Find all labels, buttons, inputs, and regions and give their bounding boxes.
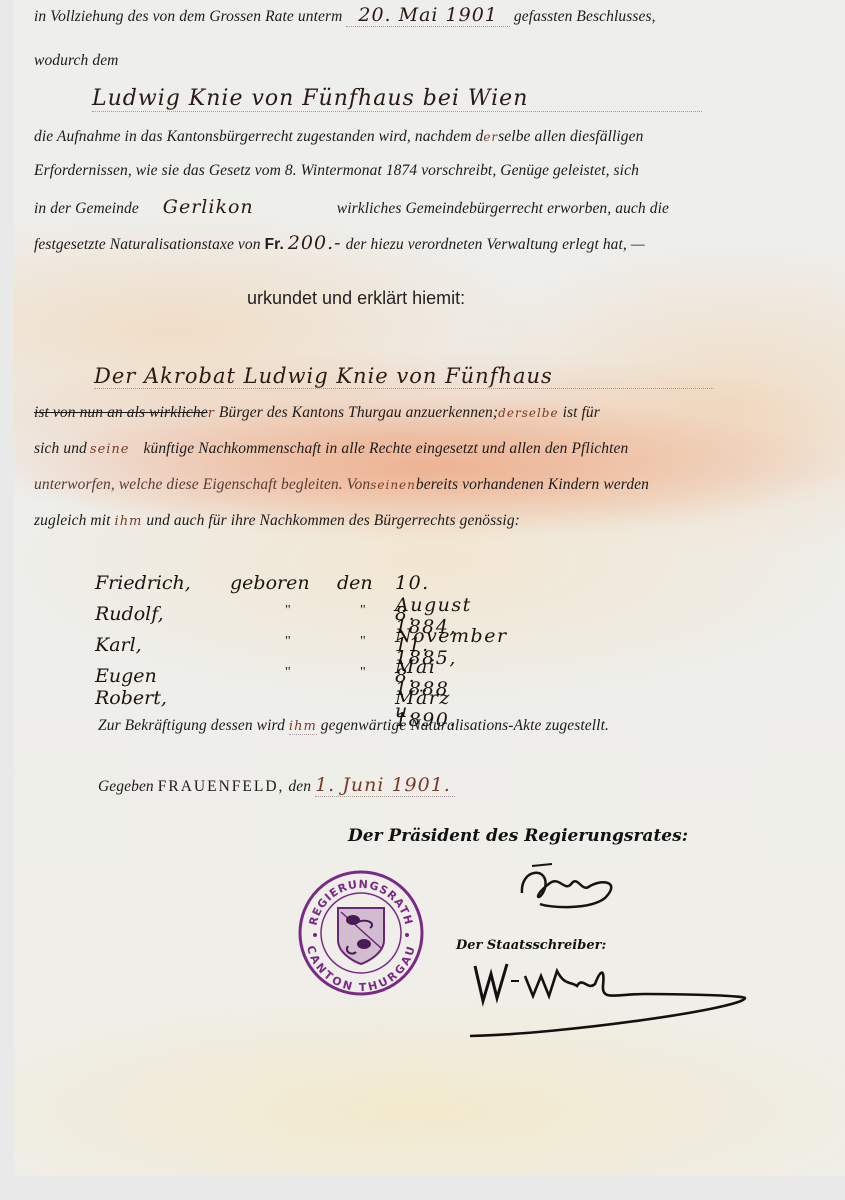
text-line-p2-5: zugleich mit ihm und auch für ihre Nachk… xyxy=(34,512,520,530)
handwritten-insert: ihm xyxy=(289,719,317,735)
static-text: sich und xyxy=(34,440,87,457)
text-line-p2-4: unterworfen, welche diese Eigenschaft be… xyxy=(34,476,649,494)
fee-currency: Fr. xyxy=(265,236,284,253)
secretary-title: Der Staatsschreiber: xyxy=(456,938,606,953)
static-text: selbe allen diesfälligen xyxy=(498,128,643,145)
static-text: wodurch dem xyxy=(34,52,118,69)
ditto-mark: " xyxy=(360,603,366,619)
child-born-label: geboren xyxy=(230,572,310,594)
child-name: Friedrich, xyxy=(95,572,191,594)
text-line-4: die Aufnahme in das Kantonsbürgerrecht z… xyxy=(34,128,644,146)
handwritten-insert: r xyxy=(208,406,215,421)
handwritten-resolution-date: 20. Mai 1901 xyxy=(346,4,510,27)
declaration-heading: urkundet und erklärt hiemit: xyxy=(247,288,465,309)
static-text: den xyxy=(288,778,311,795)
coat-of-arms-icon xyxy=(338,908,384,964)
text-line-6: in der Gemeinde Gerlikon wirkliches Geme… xyxy=(34,196,669,218)
static-text: und auch für ihre Nachkommen des Bürgerr… xyxy=(146,512,520,529)
static-text: unterworfen, welche diese Eigenschaft be… xyxy=(34,476,370,493)
static-text: zugleich mit xyxy=(34,512,111,529)
president-signature xyxy=(510,858,630,918)
handwritten-insert: ihm xyxy=(115,514,143,529)
ditto-mark: " xyxy=(360,634,366,650)
static-text: gefassten Beschlusses, xyxy=(514,8,656,25)
text-line-7: festgesetzte Naturalisationstaxe von Fr.… xyxy=(34,232,645,254)
static-text: Bürger des Kantons Thurgau anzuerkennen; xyxy=(219,404,498,421)
place-name: FRAUENFELD, xyxy=(158,778,285,795)
ditto-mark: " xyxy=(360,665,366,681)
text-line-p2-2: ist von nun an als wirklicher Bürger des… xyxy=(34,404,600,422)
static-text: ist von nun an als wirkliche xyxy=(34,404,208,421)
handwritten-insert: er xyxy=(483,130,498,144)
given-line: Gegeben FRAUENFELD, den 1. Juni 1901. xyxy=(98,774,455,797)
static-text: in Vollziehung des von dem Grossen Rate … xyxy=(34,8,342,25)
static-text: künftige Nachkommenschaft in alle Rechte… xyxy=(143,440,628,457)
confirmation-line: Zur Bekräftigung dessen wird ihm gegenwä… xyxy=(98,717,609,735)
handwritten-insert: derselbe xyxy=(498,406,558,420)
child-name: Rudolf, xyxy=(95,603,164,625)
child-den-label: den xyxy=(337,572,373,594)
child-name: Karl, xyxy=(95,634,142,656)
declaration-name-line: Der Akrobat Ludwig Knie von Fünfhaus xyxy=(94,364,714,389)
text-line-p2-3: sich undseine künftige Nachkommenschaft … xyxy=(34,440,628,458)
handwritten-fee: 200.- xyxy=(288,232,342,254)
ditto-mark: " xyxy=(285,603,291,619)
ditto-mark: " xyxy=(285,665,291,681)
static-text: bereits vorhandenen Kindern werden xyxy=(416,476,649,493)
static-text: Zur Bekräftigung dessen wird xyxy=(98,717,285,734)
handwritten-insert: seine xyxy=(87,442,140,457)
official-seal: REGIERUNGSRATH CANTON THURGAU xyxy=(296,868,426,998)
static-text: in der Gemeinde xyxy=(34,200,139,217)
static-text: die Aufnahme in das Kantonsbürgerrecht z… xyxy=(34,128,483,145)
text-line-1: in Vollziehung des von dem Grossen Rate … xyxy=(34,4,656,27)
static-text: Gegeben xyxy=(98,778,154,795)
president-title: Der Präsident des Regierungsrates: xyxy=(348,826,688,846)
static-text: Erfordernissen, wie sie das Gesetz vom 8… xyxy=(34,162,639,179)
static-text: der hiezu verordneten Verwaltung erlegt … xyxy=(346,236,645,253)
static-text: gegenwärtige Naturalisations-Akte zugest… xyxy=(321,717,609,734)
static-text: festgesetzte Naturalisationstaxe von xyxy=(34,236,261,253)
handwritten-issue-date: 1. Juni 1901. xyxy=(315,774,455,797)
handwritten-recipient-name: Ludwig Knie von Fünfhaus bei Wien xyxy=(92,86,702,112)
secretary-signature xyxy=(465,956,765,1046)
text-line-2: wodurch dem xyxy=(34,52,118,70)
ditto-mark: " xyxy=(285,634,291,650)
child-name: Eugen Robert, xyxy=(95,665,167,709)
handwritten-declared-person: Der Akrobat Ludwig Knie von Fünfhaus xyxy=(94,364,714,389)
handwritten-insert: seinen xyxy=(370,478,416,492)
text-line-5: Erfordernissen, wie sie das Gesetz vom 8… xyxy=(34,162,639,180)
handwritten-municipality: Gerlikon xyxy=(143,196,333,218)
static-text: ist für xyxy=(563,404,600,421)
recipient-line: Ludwig Knie von Fünfhaus bei Wien xyxy=(92,86,702,112)
static-text: wirkliches Gemeindebürgerrecht erworben,… xyxy=(337,200,669,217)
